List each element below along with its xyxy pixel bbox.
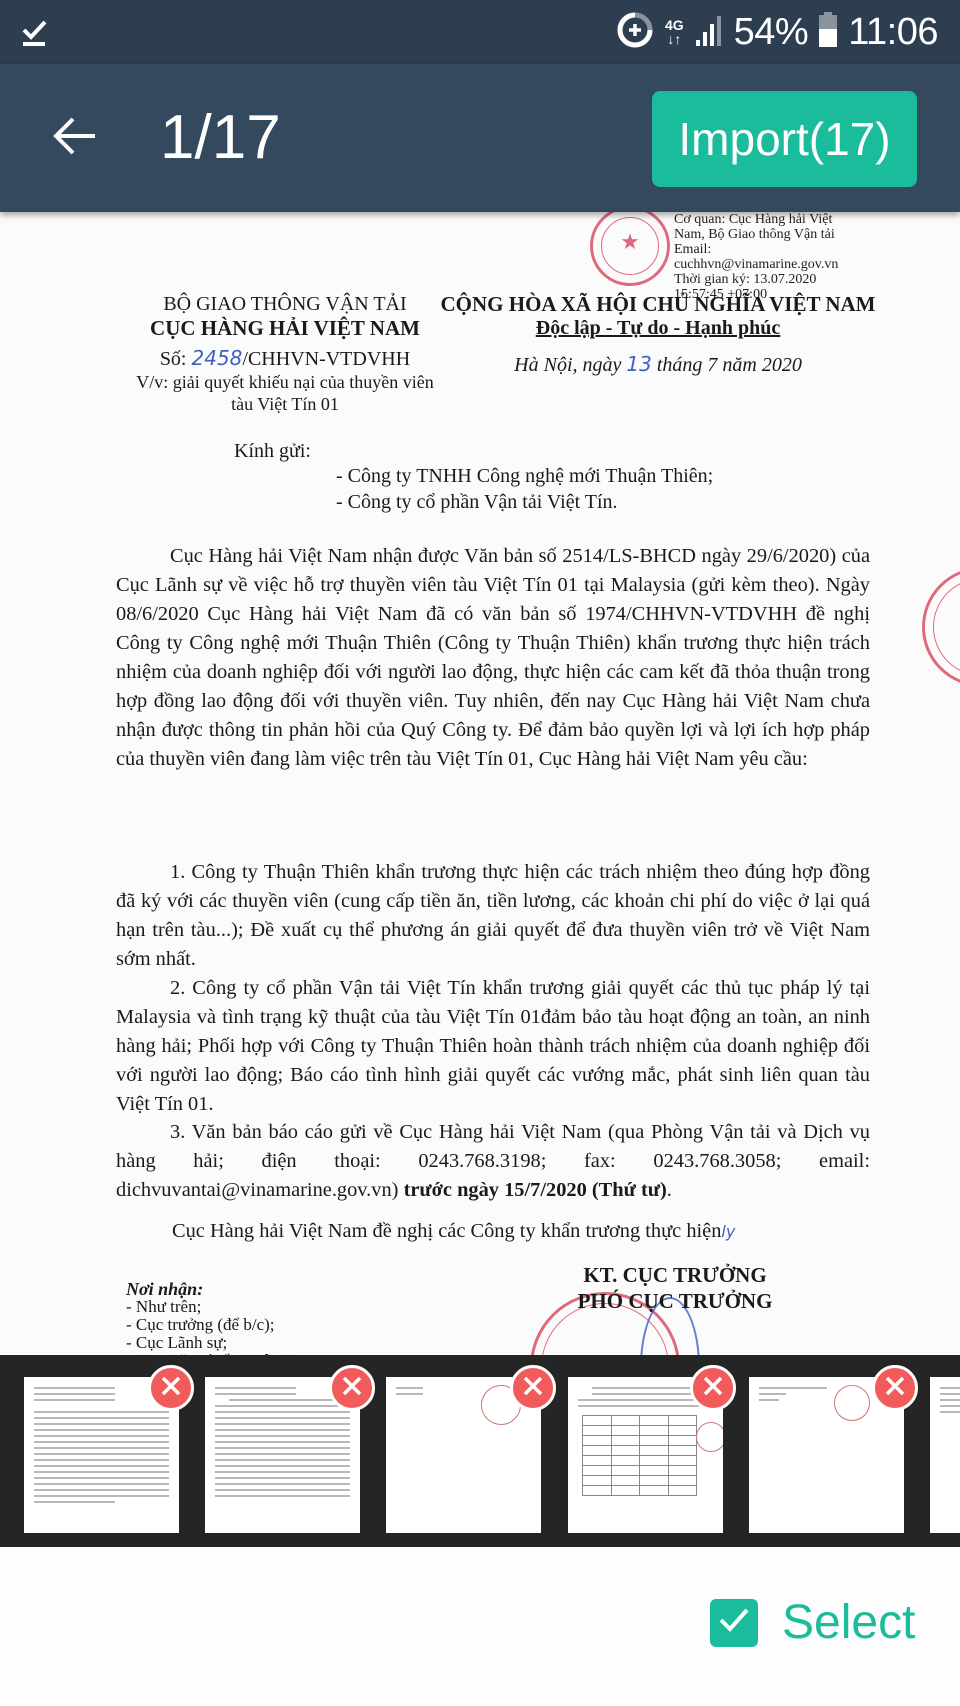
cc-item: - Cục trưởng (để b/c); <box>126 1316 317 1334</box>
battery-icon <box>818 12 838 53</box>
thumbnail-content <box>34 1387 169 1523</box>
sig-line: Nam, Bộ Giao thông Vận tải <box>674 227 838 242</box>
item-3: 3. Văn bản báo cáo gửi về Cục Hàng hải V… <box>116 1118 870 1205</box>
select-checkbox[interactable] <box>710 1599 758 1647</box>
sig-line: cuchhvn@vinamarine.gov.vn <box>674 257 838 272</box>
cc-item: - Như trên; <box>126 1298 317 1316</box>
delete-thumbnail-button[interactable] <box>148 1365 194 1411</box>
agency-name: CỤC HÀNG HẢI VIỆT NAM <box>110 316 460 340</box>
seal-mini <box>834 1385 870 1421</box>
select-toggle[interactable]: Select <box>710 1595 915 1650</box>
item-2: 2. Công ty cổ phần Vận tải Việt Tín khẩn… <box>116 974 870 1119</box>
download-done-icon <box>20 18 50 48</box>
app-bar: 1/17 Import(17) <box>0 64 960 212</box>
battery-percent: 54% <box>734 11 809 54</box>
recipient: - Công ty TNHH Công nghệ mới Thuận Thiên… <box>336 465 713 488</box>
greeting: Kính gửi: <box>234 440 311 463</box>
bottom-bar: Select <box>0 1547 960 1706</box>
import-button[interactable]: Import(17) <box>652 91 917 187</box>
motto: Độc lập - Tự do - Hạnh phúc <box>438 317 878 340</box>
thumbnail-table <box>582 1415 697 1496</box>
close-icon <box>522 1375 544 1402</box>
date-prefix: Hà Nội, ngày <box>514 354 626 376</box>
recipient: - Công ty cổ phần Vận tải Việt Tín. <box>336 491 618 514</box>
back-button[interactable] <box>44 108 104 168</box>
data-saver-icon <box>615 10 655 55</box>
digital-signature-info: Cơ quan: Cục Hàng hải Việt Nam, Bộ Giao … <box>674 212 838 302</box>
nation-title: CỘNG HÒA XÃ HỘI CHỦ NGHĨA VIỆT NAM <box>438 292 878 317</box>
date-day: 13 <box>626 352 651 376</box>
thumbnail-content <box>215 1387 350 1523</box>
number-handwritten: 2458 <box>192 346 243 370</box>
official-seal: ★ <box>590 212 670 286</box>
page-counter: 1/17 <box>160 102 281 173</box>
network-4g-icon: 4G↓↑ <box>665 18 684 46</box>
thumbnail-page-6[interactable] <box>930 1377 960 1533</box>
document-page: ★ Cơ quan: Cục Hàng hải Việt Nam, Bộ Gia… <box>0 212 960 1356</box>
item-1: 1. Công ty Thuận Thiên khẩn trương thực … <box>116 858 870 974</box>
signer-title-2: PHÓ CỤC TRƯỞNG <box>540 1288 810 1314</box>
arrow-left-icon <box>51 116 97 161</box>
delete-thumbnail-button[interactable] <box>872 1365 918 1411</box>
item-3-end: . <box>667 1179 672 1201</box>
close-icon <box>341 1375 363 1402</box>
signal-icon <box>694 14 724 51</box>
clock: 11:06 <box>848 11 938 54</box>
sig-line: Cơ quan: Cục Hàng hải Việt <box>674 212 838 227</box>
subject-line-2: tàu Việt Tín 01 <box>110 393 460 415</box>
closing-line: Cục Hàng hải Việt Nam đề nghị các Công t… <box>172 1220 735 1243</box>
delete-thumbnail-button[interactable] <box>690 1365 736 1411</box>
cc-list: Nơi nhận: - Như trên; - Cục trưởng (để b… <box>126 1280 317 1356</box>
document-number: Số: 2458/CHHVN-VTDVHH <box>110 346 460 371</box>
issuer-header: BỘ GIAO THÔNG VẬN TẢI CỤC HÀNG HẢI VIỆT … <box>110 292 460 415</box>
signer-title: KT. CỤC TRƯỞNG PHÓ CỤC TRƯỞNG <box>540 1262 810 1314</box>
network-type: 4G <box>665 17 684 33</box>
thumbnail-strip[interactable] <box>0 1355 960 1547</box>
closing-initials: ly <box>721 1222 735 1241</box>
thumbnail-content <box>940 1387 960 1523</box>
number-prefix: Số: <box>160 348 192 370</box>
date-suffix: tháng 7 năm 2020 <box>652 354 802 376</box>
thumbnail-content <box>759 1387 894 1523</box>
sig-line: Thời gian ký: 13.07.2020 <box>674 272 838 287</box>
intro-paragraph: Cục Hàng hải Việt Nam nhận được Văn bản … <box>116 542 870 774</box>
close-icon <box>160 1375 182 1402</box>
delete-thumbnail-button[interactable] <box>329 1365 375 1411</box>
seal-mini <box>696 1422 723 1452</box>
sig-line: Email: <box>674 242 838 257</box>
checkmark-icon <box>718 1606 750 1639</box>
select-label: Select <box>782 1595 915 1650</box>
number-suffix: /CHHVN-VTDVHH <box>242 348 410 370</box>
delete-thumbnail-button[interactable] <box>510 1365 556 1411</box>
closing-text: Cục Hàng hải Việt Nam đề nghị các Công t… <box>172 1220 721 1242</box>
nation-header: CỘNG HÒA XÃ HỘI CHỦ NGHĨA VIỆT NAM Độc l… <box>438 292 878 377</box>
document-preview[interactable]: ★ Cơ quan: Cục Hàng hải Việt Nam, Bộ Gia… <box>0 212 960 1356</box>
item-3-deadline: trước ngày 15/7/2020 (Thứ tư) <box>404 1179 667 1201</box>
status-bar: 4G↓↑ 54% 11:06 <box>0 0 960 64</box>
signer-title-1: KT. CỤC TRƯỞNG <box>540 1262 810 1288</box>
close-icon <box>702 1375 724 1402</box>
official-seal <box>922 567 960 687</box>
cc-label: Nơi nhận: <box>126 1280 317 1298</box>
document-date: Hà Nội, ngày 13 tháng 7 năm 2020 <box>438 352 878 377</box>
subject-line: V/v: giải quyết khiếu nại của thuyền viê… <box>110 371 460 393</box>
ministry-name: BỘ GIAO THÔNG VẬN TẢI <box>110 292 460 316</box>
close-icon <box>884 1375 906 1402</box>
cc-item: - Cục Lãnh sự; <box>126 1334 317 1352</box>
